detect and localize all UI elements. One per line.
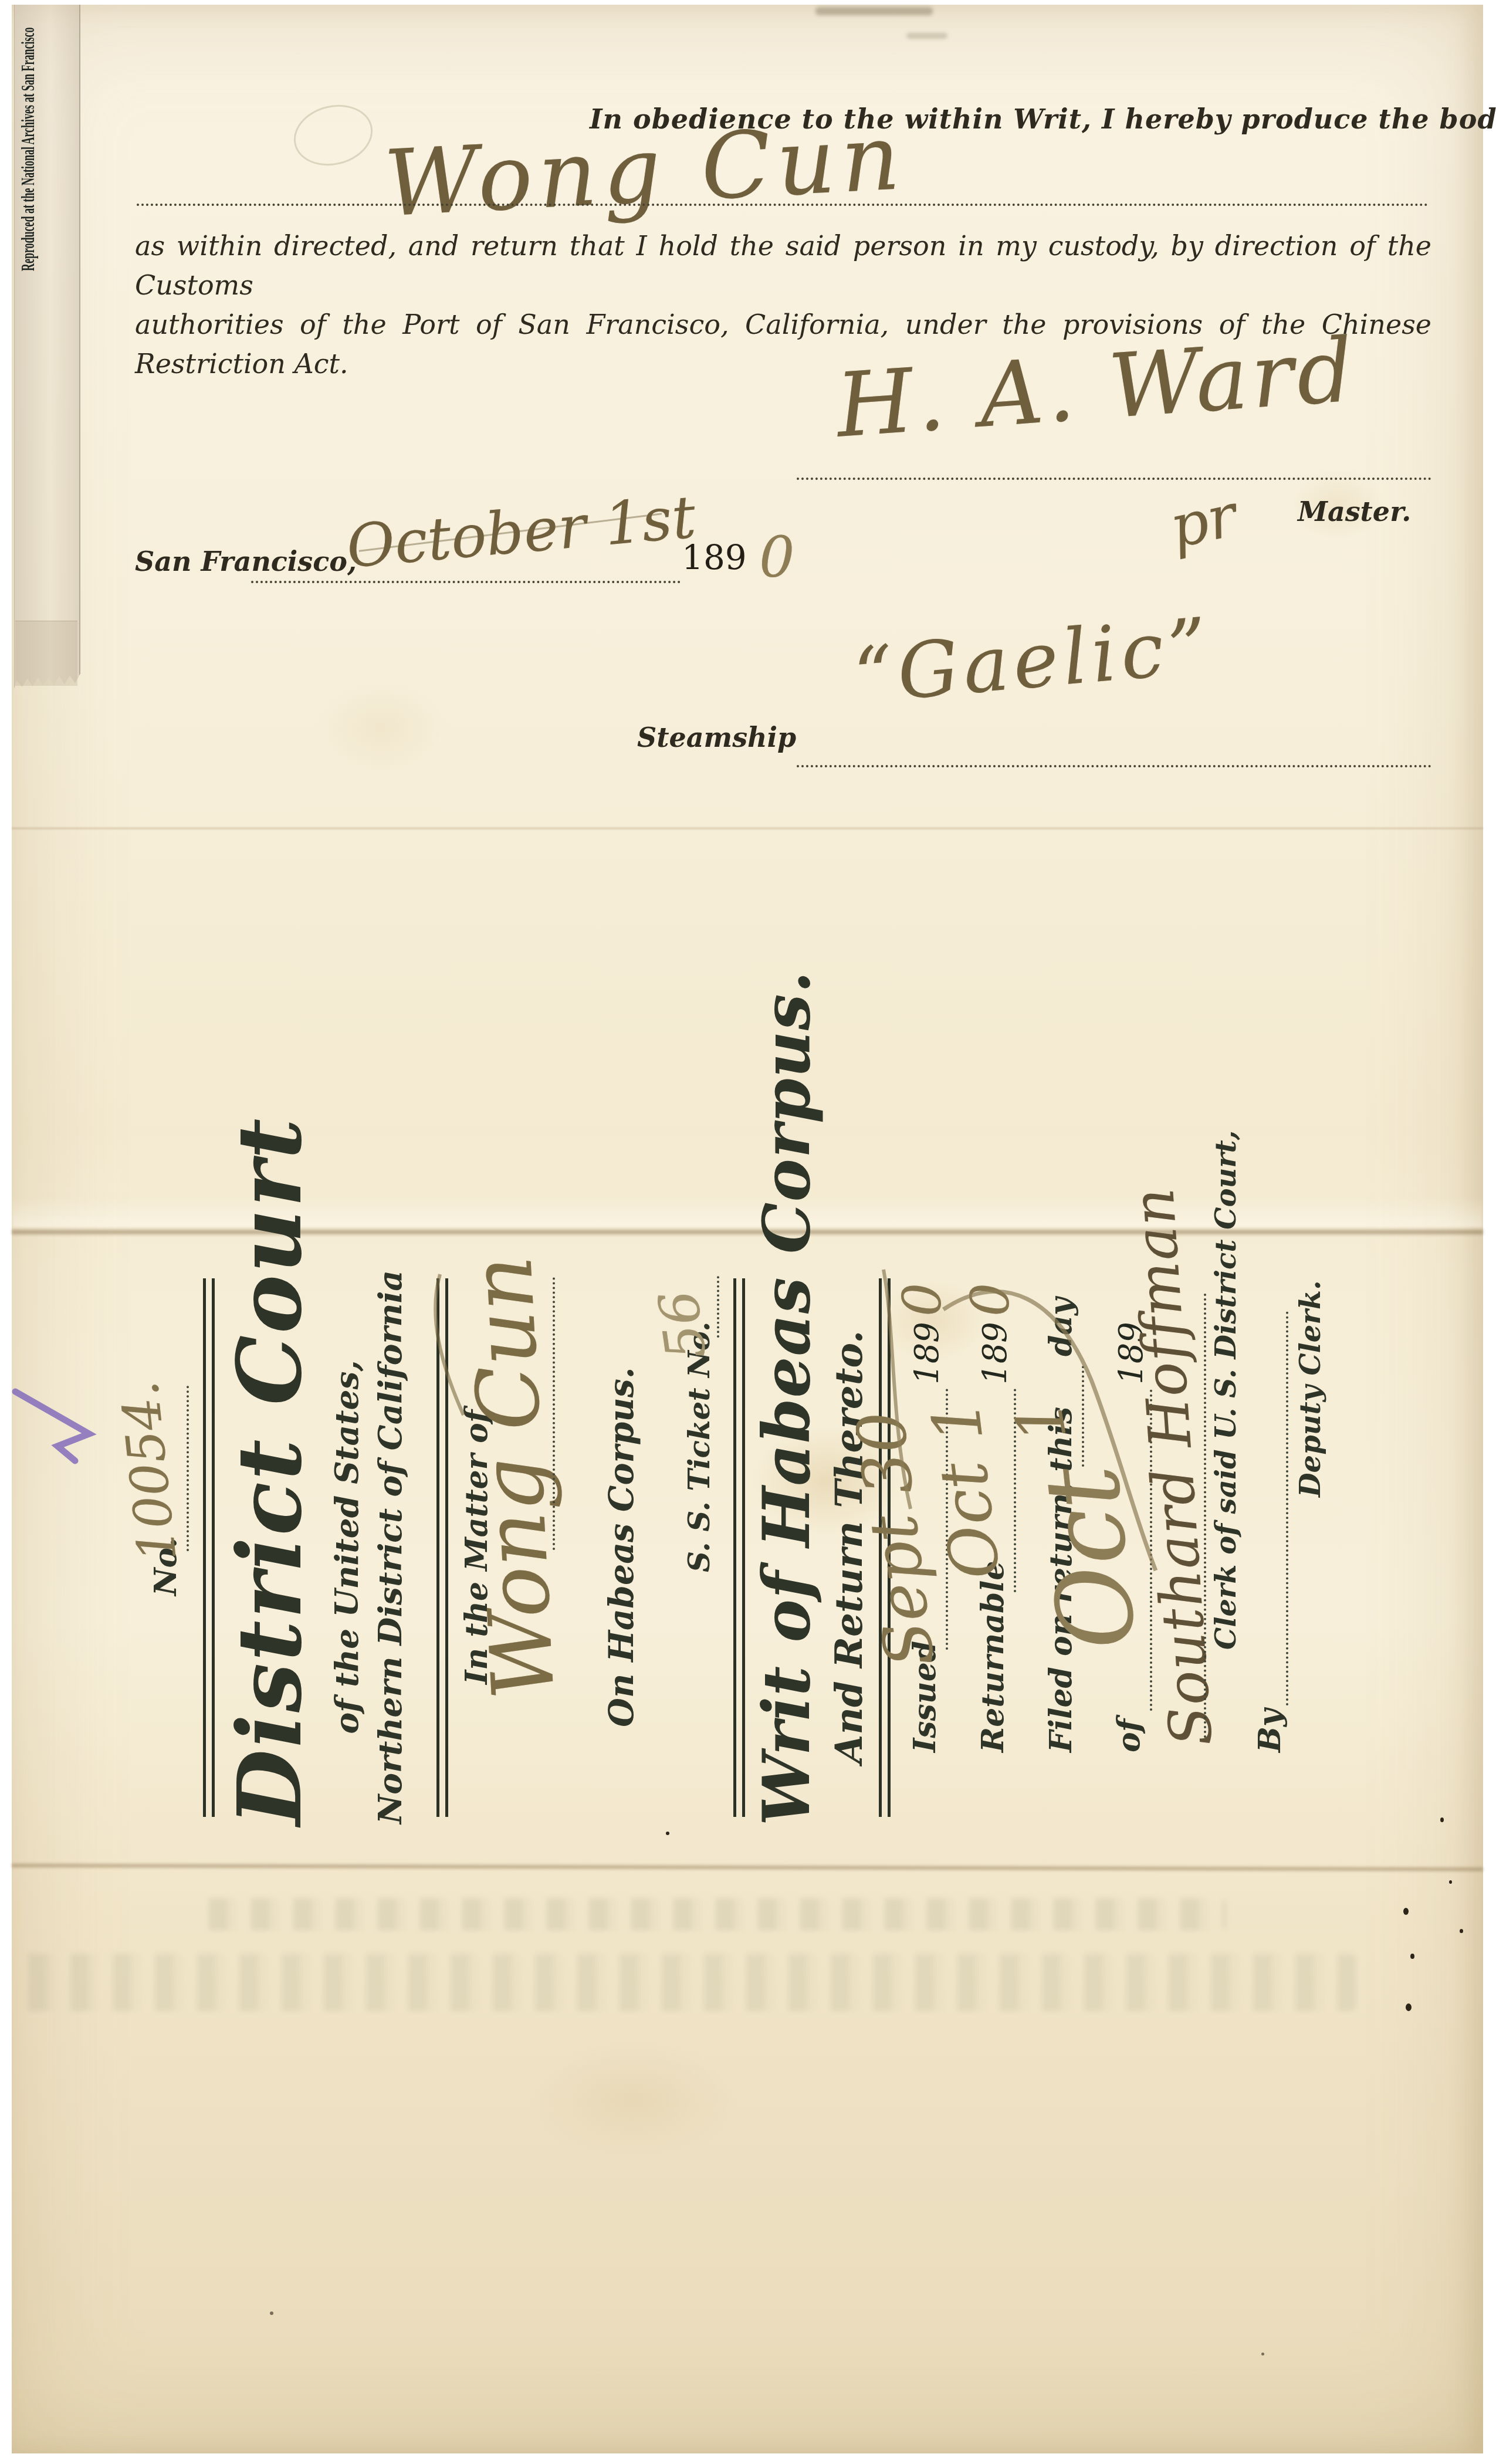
docket-no-ruled-line (187, 1386, 189, 1551)
master-signature-line (797, 478, 1431, 480)
archive-stamp: Reproduced at the National Archives at S… (18, 31, 49, 271)
ink-speck (666, 1832, 669, 1835)
ink-speck (1406, 2003, 1412, 2011)
archive-tape-fold (15, 621, 77, 686)
date-ruled-line (251, 581, 681, 583)
docket-panel: No. 10054. District Court of the United … (135, 1268, 1367, 1826)
ink-speck (1460, 1929, 1463, 1933)
ticket-value-written: 56 (647, 1287, 718, 1363)
clerk-label: Clerk of said U. S. District Court, (1210, 1131, 1243, 1650)
filed-day-ruled-line (1082, 1366, 1084, 1467)
by-ruled-line (1286, 1311, 1288, 1705)
per-mark: pr (1164, 481, 1243, 562)
clerk-signature-line (1204, 1293, 1206, 1738)
name-ruled-line (137, 204, 1429, 206)
archive-stamp-text: Reproduced at the National Archives at S… (18, 28, 39, 271)
issued-year-digit: 0 (892, 1283, 953, 1316)
year-printed: 189 (682, 537, 747, 577)
court-subtitle-1: of the United States, (327, 1268, 365, 1826)
by-label: By (1252, 1709, 1288, 1752)
ink-speck (270, 2311, 273, 2315)
ink-speck (1410, 1954, 1414, 1959)
place-label: San Francisco, (135, 546, 357, 577)
steamship-ruled-line (797, 765, 1431, 767)
ticket-label: S. S. Ticket No. (682, 1322, 716, 1572)
double-rule (733, 1278, 745, 1817)
deputy-clerk-label: Deputy Clerk. (1294, 1280, 1327, 1497)
smudge (906, 33, 947, 39)
year-digit-written: 0 (759, 526, 794, 590)
double-rule (436, 1278, 448, 1817)
matter-ruled-line (553, 1277, 555, 1550)
day-label: day (1043, 1298, 1079, 1356)
filed-month-written: Oct (1022, 1461, 1159, 1655)
writ-title: Writ of Habeas Corpus. (749, 1268, 824, 1826)
document-scan: Reproduced at the National Archives at S… (0, 0, 1496, 2464)
returnable-year: 189 (976, 1322, 1014, 1385)
ticket-ruled-line (717, 1276, 719, 1338)
issued-year: 189 (908, 1322, 946, 1385)
of-label: of (1111, 1719, 1147, 1752)
steamship-label: Steamship (637, 722, 796, 753)
smudge (815, 7, 933, 15)
returnable-year-digit: 0 (960, 1283, 1021, 1316)
ink-speck (1403, 1908, 1409, 1915)
court-title: District Court (218, 1268, 321, 1826)
ink-speck (1440, 1817, 1444, 1822)
return-body-line-1: as within directed, and return that I ho… (135, 226, 1431, 305)
habeas-line: On Habeas Corpus. (602, 1268, 641, 1826)
master-label: Master. (1298, 496, 1411, 527)
returnable-label: Returnable (975, 1561, 1011, 1752)
ink-speck (1261, 2353, 1264, 2355)
court-subtitle-2: Northern District of California (371, 1268, 409, 1826)
double-rule (203, 1278, 215, 1817)
ink-speck (1449, 1880, 1452, 1884)
